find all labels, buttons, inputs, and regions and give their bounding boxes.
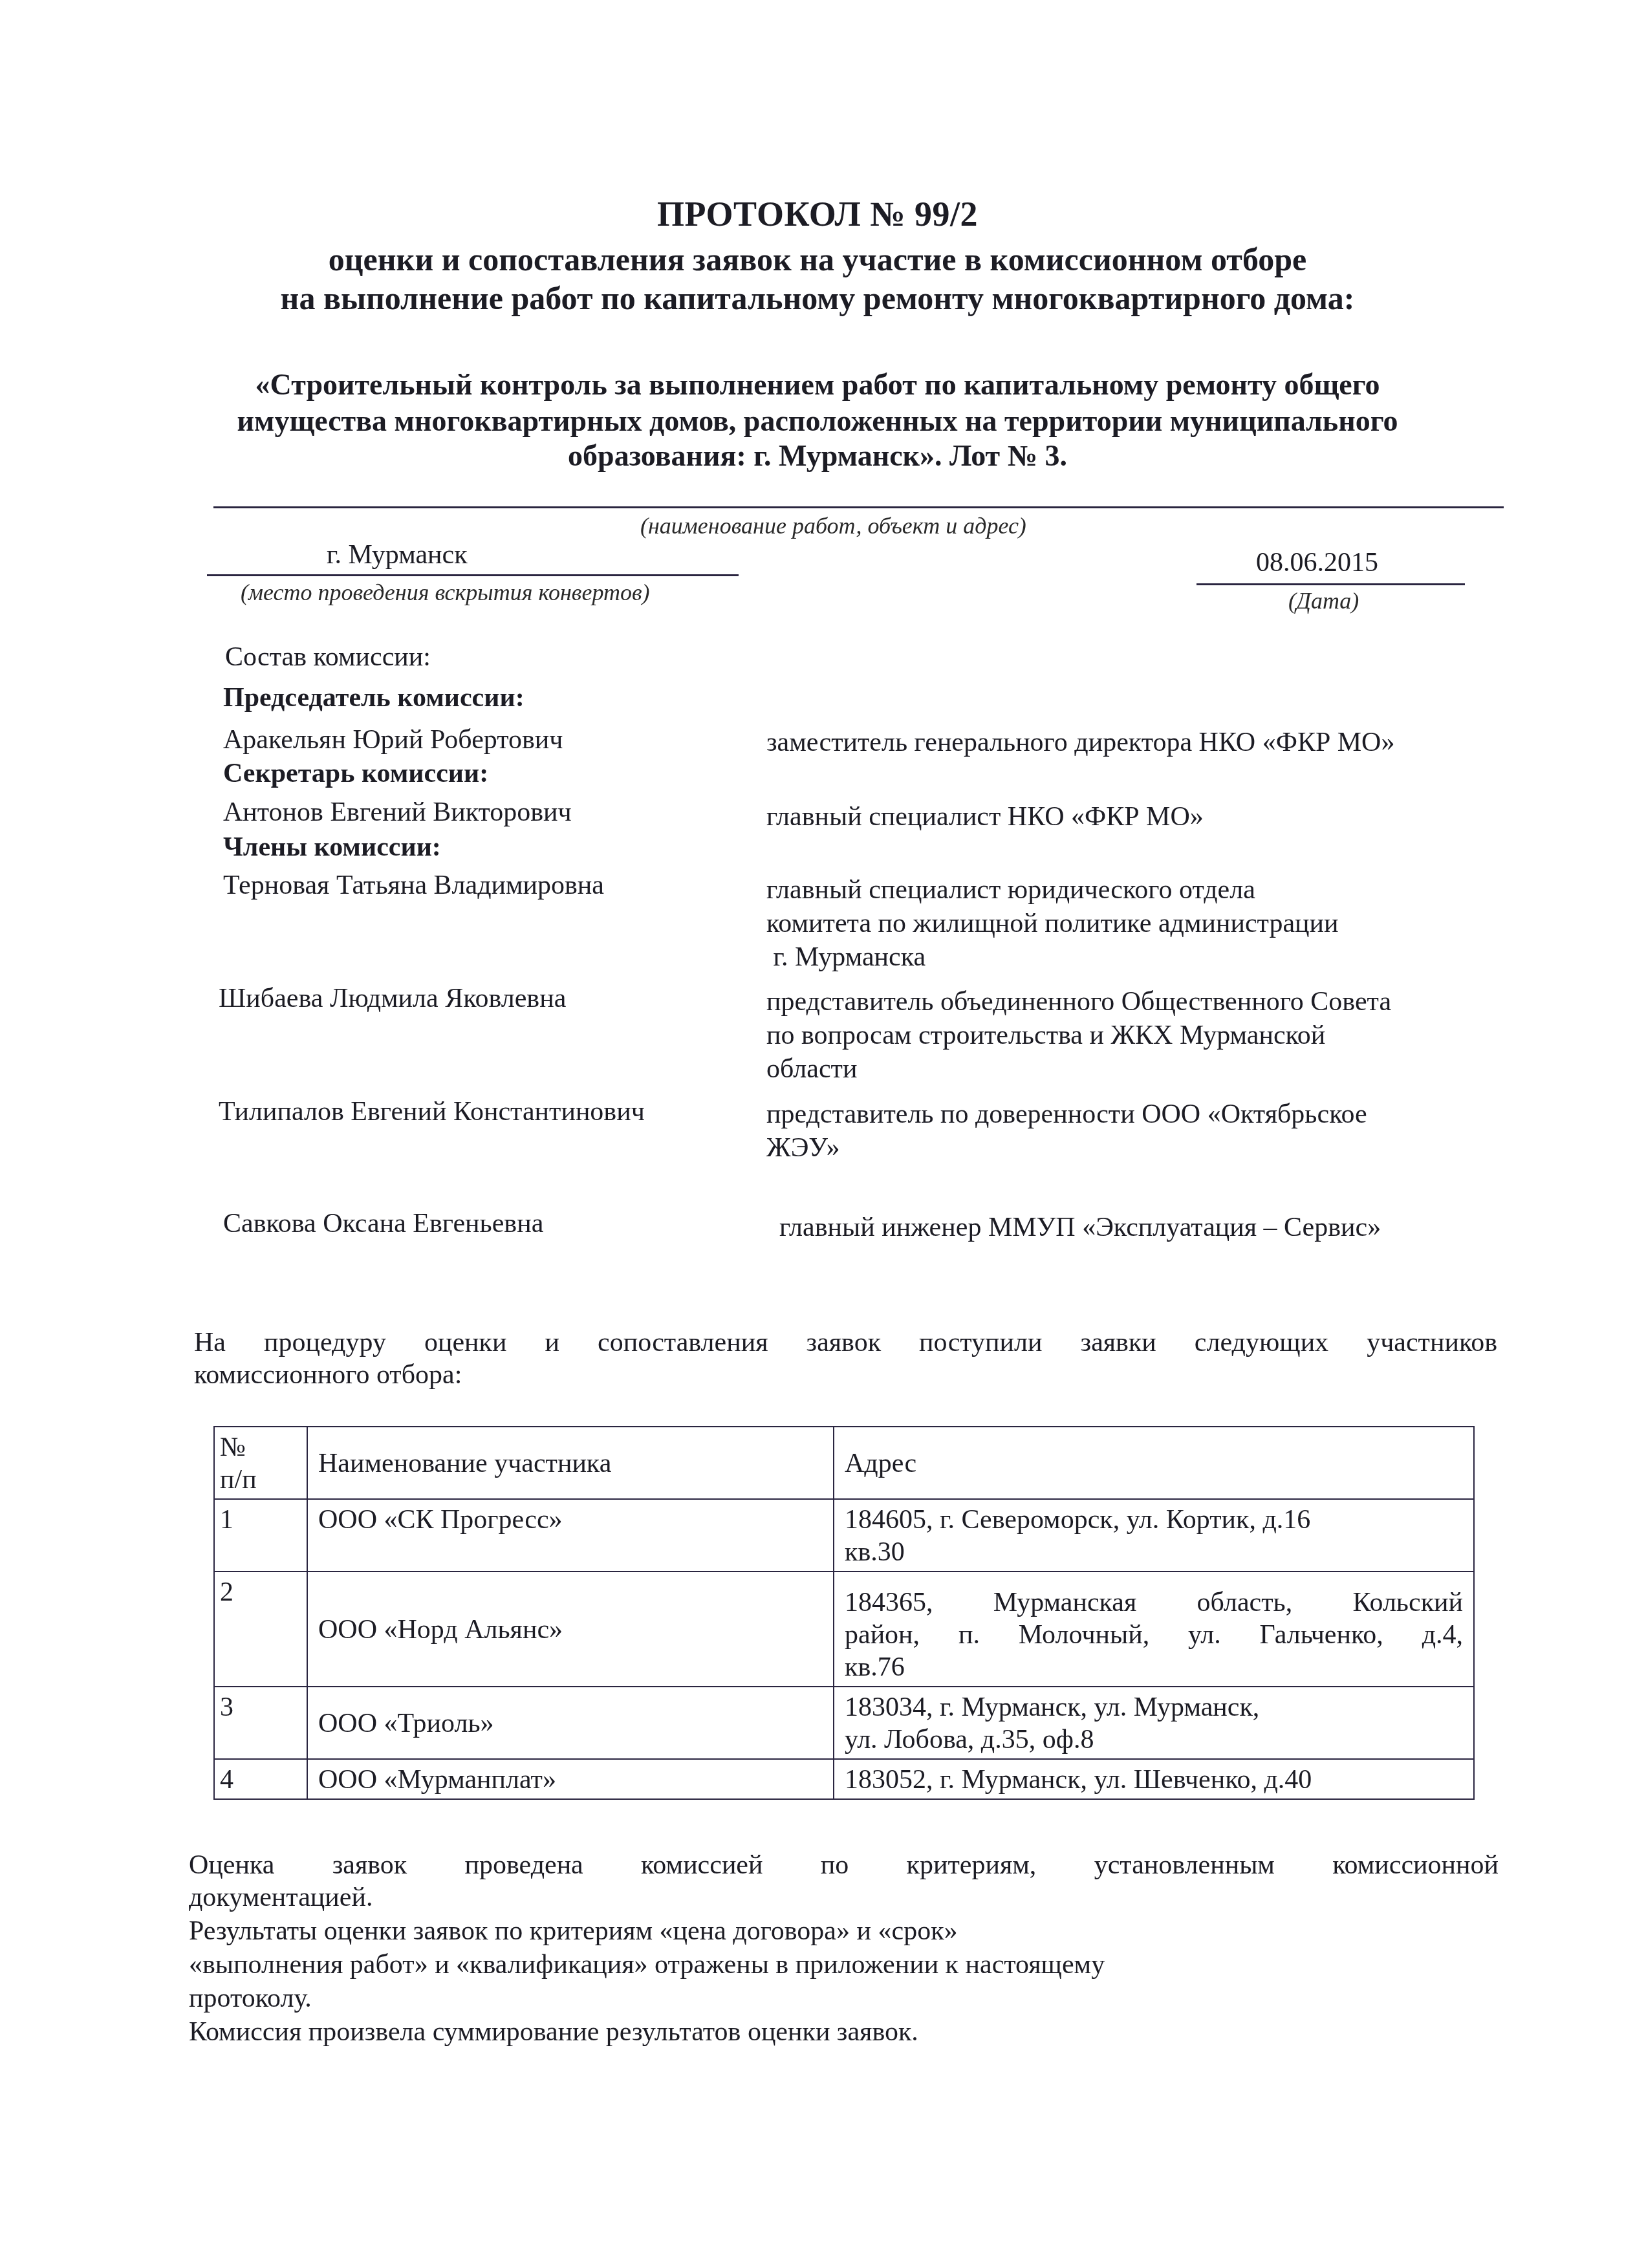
row-num: 3 bbox=[214, 1687, 307, 1759]
row-address: 184605, г. Североморск, ул. Кортик, д.16… bbox=[834, 1499, 1474, 1571]
address-line: 184605, г. Североморск, ул. Кортик, д.16 bbox=[845, 1504, 1463, 1536]
address-line: район, п. Молочный, ул. Гальченко, д.4, bbox=[845, 1619, 1463, 1651]
secretary-role: главный специалист НКО «ФКР МО» bbox=[766, 800, 1204, 834]
participants-table: № п/п Наименование участника Адрес 1 ООО… bbox=[213, 1426, 1475, 1800]
row-participant-name: ООО «Норд Альянс» bbox=[307, 1571, 834, 1687]
member-name-3: Тилипалов Евгений Константинович bbox=[219, 1096, 645, 1127]
members-label: Члены комиссии: bbox=[223, 832, 441, 863]
closing-p3: Комиссия произвела суммирование результа… bbox=[189, 2016, 918, 2047]
subject-line-3: образования: г. Мурманск». Лот № 3. bbox=[0, 438, 1635, 473]
protocol-title: ПРОТОКОЛ № 99/2 bbox=[0, 194, 1635, 234]
member-role-line: комитета по жилищной политике администра… bbox=[766, 907, 1339, 940]
header-address: Адрес bbox=[834, 1427, 1474, 1499]
closing-p1-line-2: документацией. bbox=[189, 1882, 373, 1913]
row-address: 183052, г. Мурманск, ул. Шевченко, д.40 bbox=[834, 1759, 1474, 1799]
place-caption: (место проведения вскрытия конвертов) bbox=[241, 579, 650, 606]
address-line: кв.76 bbox=[845, 1651, 1463, 1683]
row-num: 4 bbox=[214, 1759, 307, 1799]
member-name-2: Шибаева Людмила Яковлевна bbox=[219, 983, 566, 1014]
row-address: 183034, г. Мурманск, ул. Мурманск, ул. Л… bbox=[834, 1687, 1474, 1759]
member-role-line: главный инженер ММУП «Эксплуатация – Сер… bbox=[779, 1211, 1381, 1244]
address-line: 183034, г. Мурманск, ул. Мурманск, bbox=[845, 1691, 1463, 1723]
subject-underline bbox=[213, 506, 1504, 508]
secretary-label: Секретарь комиссии: bbox=[223, 758, 488, 789]
table-header-row: № п/п Наименование участника Адрес bbox=[214, 1427, 1474, 1499]
protocol-subtitle-line-1: оценки и сопоставления заявок на участие… bbox=[0, 241, 1635, 278]
chair-role: заместитель генерального директора НКО «… bbox=[766, 726, 1394, 759]
chair-role-line: заместитель генерального директора НКО «… bbox=[766, 726, 1394, 759]
member-role-4: главный инженер ММУП «Эксплуатация – Сер… bbox=[779, 1211, 1381, 1244]
member-role-3: представитель по доверенности ООО «Октяб… bbox=[766, 1097, 1367, 1165]
row-participant-name: ООО «Мурманплат» bbox=[307, 1759, 834, 1799]
subject-line-2: имущества многоквартирных домов, располо… bbox=[0, 404, 1635, 438]
member-role-line: г. Мурманска bbox=[766, 940, 1339, 974]
member-name-1: Терновая Татьяна Владимировна bbox=[223, 870, 604, 901]
member-role-line: по вопросам строительства и ЖКХ Мурманск… bbox=[766, 1019, 1391, 1052]
member-role-line: ЖЭУ» bbox=[766, 1131, 1367, 1165]
date-caption: (Дата) bbox=[1288, 587, 1359, 614]
header-num: № п/п bbox=[214, 1427, 307, 1499]
chair-label: Председатель комиссии: bbox=[223, 682, 525, 713]
header-num-line-1: № bbox=[220, 1431, 296, 1463]
closing-p2-line-1: Результаты оценки заявок по критериям «ц… bbox=[189, 1916, 958, 1947]
protocol-subtitle-line-2: на выполнение работ по капитальному ремо… bbox=[0, 279, 1635, 317]
address-line: кв.30 bbox=[845, 1536, 1463, 1568]
member-role-line: представитель по доверенности ООО «Октяб… bbox=[766, 1097, 1367, 1131]
place-value: г. Мурманск bbox=[327, 539, 468, 570]
closing-p2-line-2: «выполнения работ» и «квалификация» отра… bbox=[189, 1949, 1105, 1980]
secretary-role-line: главный специалист НКО «ФКР МО» bbox=[766, 800, 1204, 834]
address-line: 183052, г. Мурманск, ул. Шевченко, д.40 bbox=[845, 1764, 1463, 1796]
chair-name: Аракельян Юрий Робертович bbox=[223, 724, 563, 755]
intro-paragraph-line-1: На процедуру оценки и сопоставления заяв… bbox=[194, 1326, 1497, 1359]
row-address: 184365, Мурманская область, Кольский рай… bbox=[834, 1571, 1474, 1687]
commission-heading: Состав комиссии: bbox=[225, 642, 431, 673]
row-participant-name: ООО «Триоль» bbox=[307, 1687, 834, 1759]
address-line: 184365, Мурманская область, Кольский bbox=[845, 1586, 1463, 1619]
row-participant-name: ООО «СК Прогресс» bbox=[307, 1499, 834, 1571]
closing-p1-line-1: Оценка заявок проведена комиссией по кри… bbox=[189, 1848, 1499, 1882]
member-role-1: главный специалист юридического отдела к… bbox=[766, 873, 1339, 974]
place-underline bbox=[207, 574, 739, 576]
table-row: 4 ООО «Мурманплат» 183052, г. Мурманск, … bbox=[214, 1759, 1474, 1799]
table-row: 1 ООО «СК Прогресс» 184605, г. Северомор… bbox=[214, 1499, 1474, 1571]
header-num-line-2: п/п bbox=[220, 1463, 296, 1496]
table-row: 2 ООО «Норд Альянс» 184365, Мурманская о… bbox=[214, 1571, 1474, 1687]
closing-p2-line-3: протоколу. bbox=[189, 1983, 312, 2014]
header-name: Наименование участника bbox=[307, 1427, 834, 1499]
intro-paragraph-line-2: комиссионного отбора: bbox=[194, 1359, 462, 1390]
member-name-4: Савкова Оксана Евгеньевна bbox=[223, 1208, 543, 1239]
subject-caption: (наименование работ, объект и адрес) bbox=[640, 512, 1026, 539]
secretary-name: Антонов Евгений Викторович bbox=[223, 797, 572, 828]
member-role-line: области bbox=[766, 1052, 1391, 1086]
address-line: ул. Лобова, д.35, оф.8 bbox=[845, 1723, 1463, 1756]
table-row: 3 ООО «Триоль» 183034, г. Мурманск, ул. … bbox=[214, 1687, 1474, 1759]
date-value: 08.06.2015 bbox=[1256, 547, 1378, 578]
member-role-2: представитель объединенного Общественног… bbox=[766, 985, 1391, 1086]
member-role-line: представитель объединенного Общественног… bbox=[766, 985, 1391, 1019]
subject-line-1: «Строительный контроль за выполнением ра… bbox=[0, 367, 1635, 402]
member-role-line: главный специалист юридического отдела bbox=[766, 873, 1339, 907]
date-underline bbox=[1196, 583, 1465, 585]
row-num: 2 bbox=[214, 1571, 307, 1687]
row-num: 1 bbox=[214, 1499, 307, 1571]
